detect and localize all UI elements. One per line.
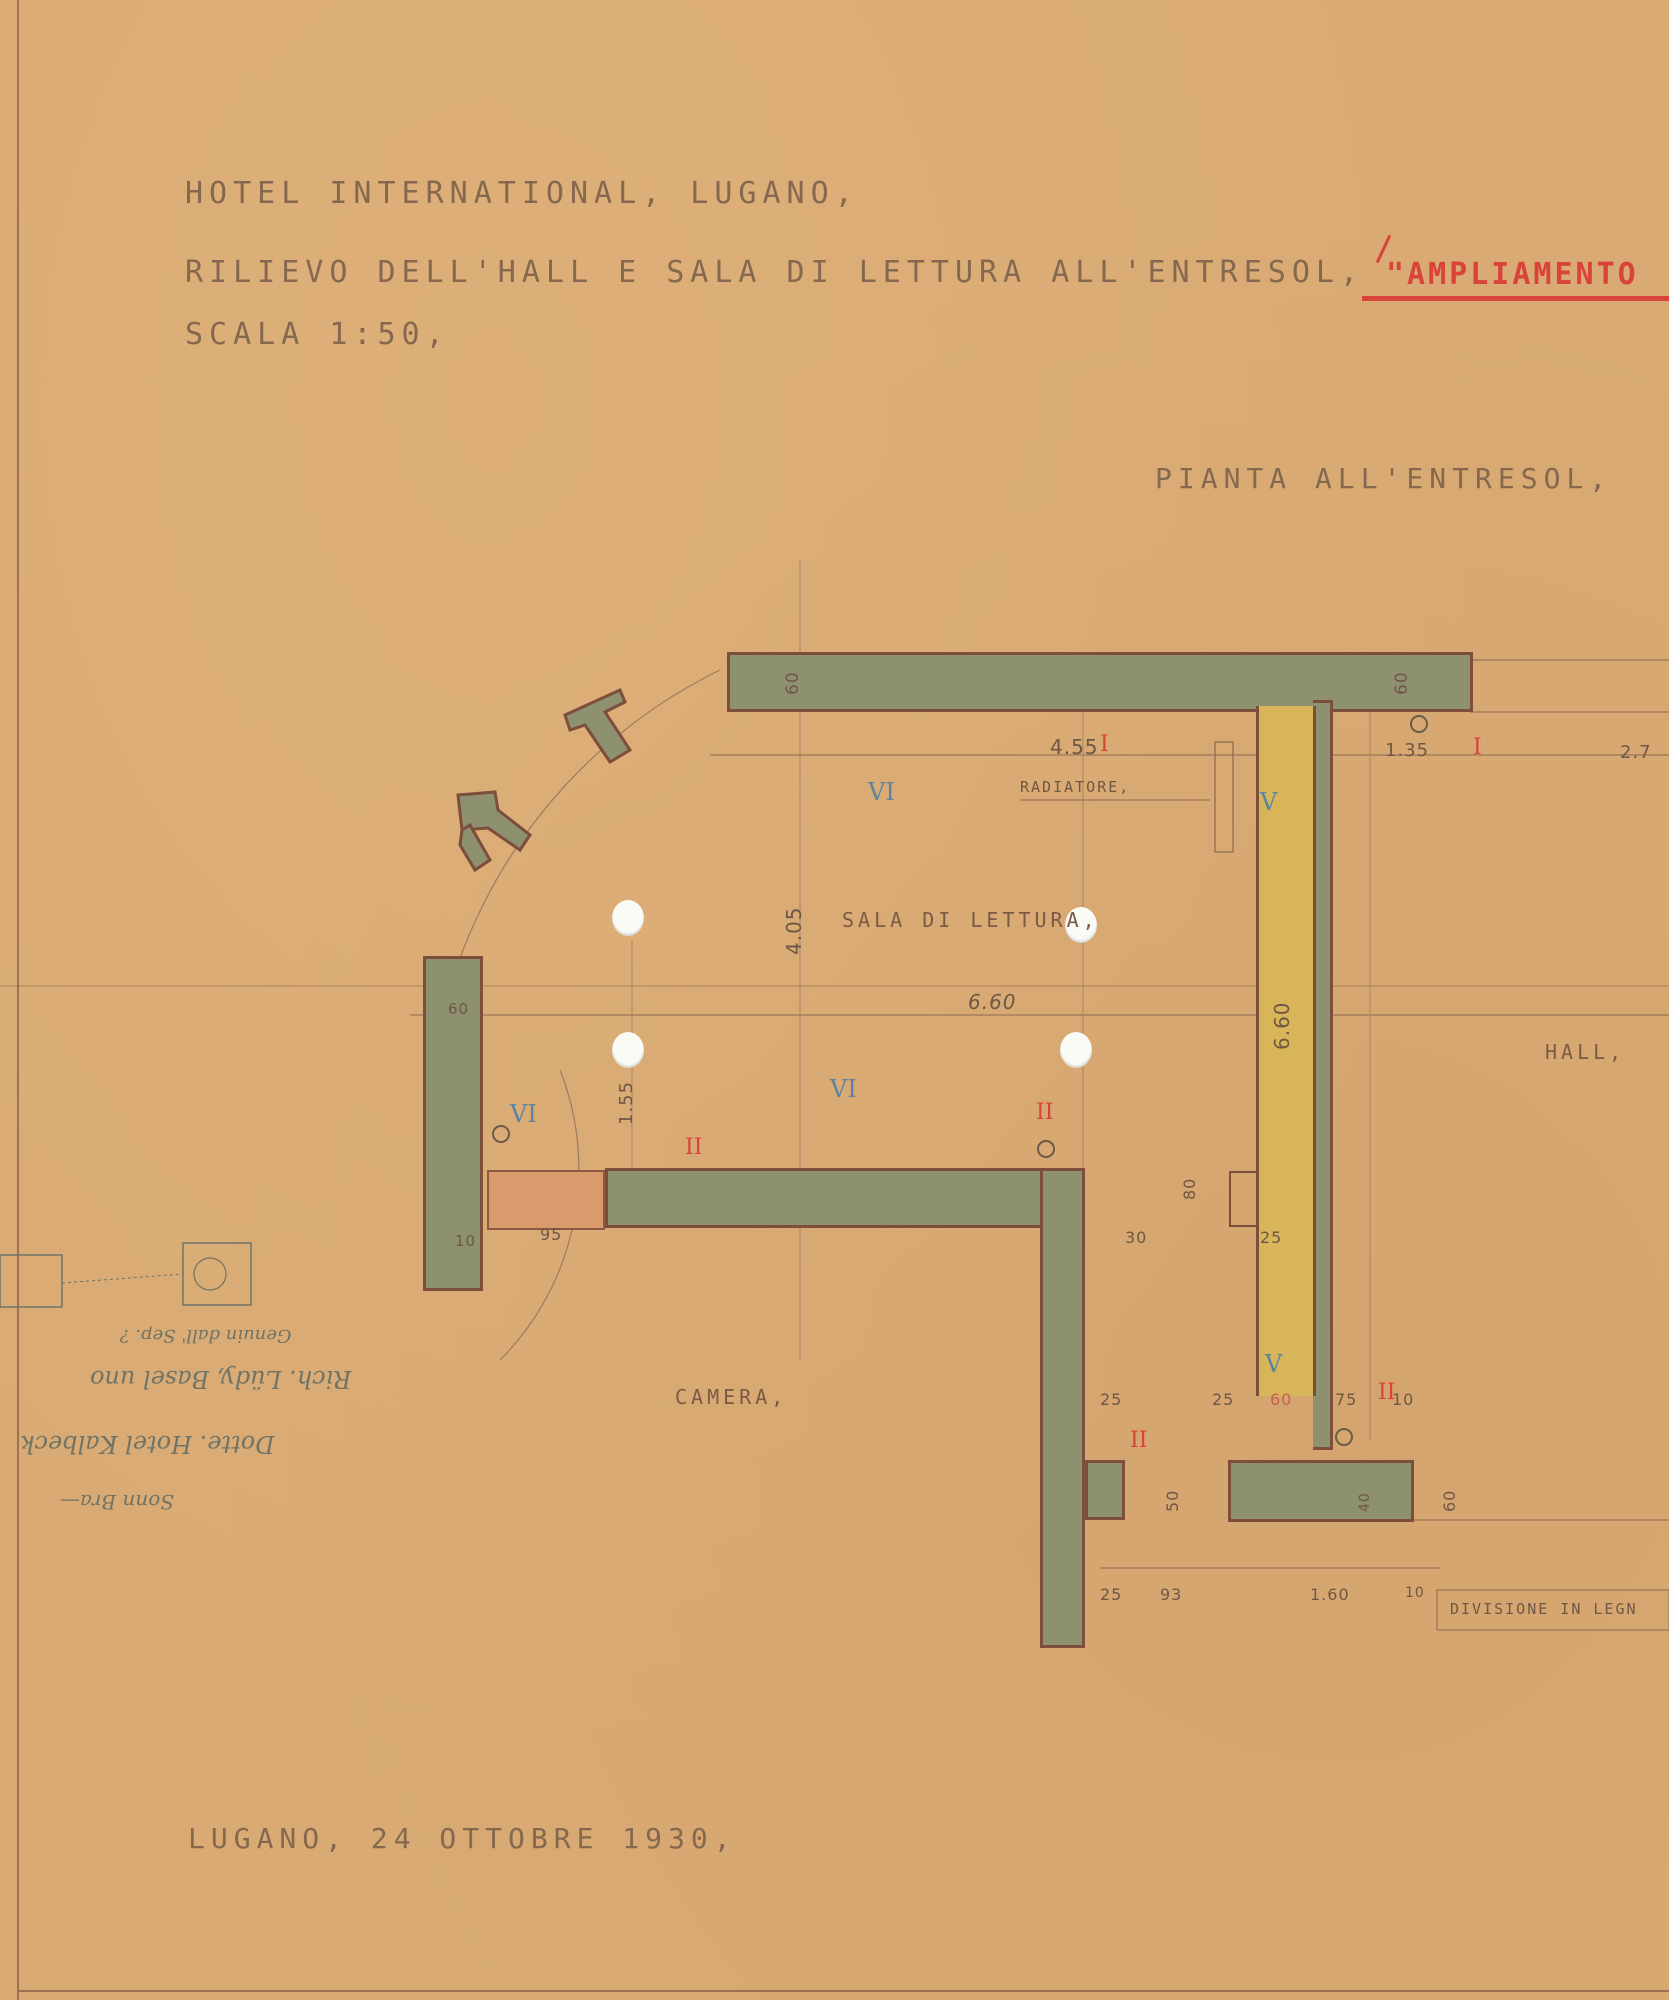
dim-bottom-10: 10 <box>1405 1585 1425 1601</box>
bottom-left-pier <box>1085 1460 1125 1520</box>
outlet-symbol <box>1410 715 1428 733</box>
dim-left-bottom: 10 <box>455 1232 476 1250</box>
dim-bottom-40: 40 <box>1357 1492 1373 1512</box>
dim-bottom-60: 60 <box>1440 1490 1459 1512</box>
dim-top-right-span: 1.35 <box>1385 740 1429 761</box>
label-reading-room: SALA DI LETTURA, <box>842 908 1099 932</box>
plan-linework <box>0 0 1669 2000</box>
punch-hole <box>612 1032 644 1068</box>
dim-corridor-wall: 25 <box>1260 1228 1282 1247</box>
bottom-right-block <box>1228 1460 1414 1522</box>
dim-door-right: 30 <box>1125 1228 1147 1247</box>
label-camera: CAMERA, <box>675 1385 787 1409</box>
middle-wall <box>605 1168 1085 1228</box>
dim-lower-mid-25: 25 <box>1212 1390 1234 1409</box>
punch-hole <box>1060 1032 1092 1068</box>
label-hall: HALL, <box>1545 1040 1625 1064</box>
dim-lower-75: 75 <box>1335 1390 1357 1409</box>
dim-door-width: 95 <box>540 1225 562 1244</box>
handwritten-note-line2: Dotte. Hotel Kalbeck <box>20 1430 274 1458</box>
red-mark: II <box>1036 1100 1053 1125</box>
right-wall <box>1313 700 1333 1450</box>
outlet-symbol <box>1335 1428 1353 1446</box>
blue-mark: VI <box>868 778 895 806</box>
label-radiatore: RADIATORE, <box>1020 778 1130 796</box>
label-divisione: DIVISIONE IN LEGN <box>1450 1600 1638 1618</box>
handwritten-note-line4: Sonn Bra— <box>60 1490 174 1514</box>
dim-right-wall-height: 6.60 <box>1270 1001 1294 1050</box>
dim-lower-left-25: 25 <box>1100 1390 1122 1409</box>
dim-top-wall-left: 60 <box>783 671 803 695</box>
dim-lower-60: 60 <box>1270 1390 1292 1409</box>
red-mark: II <box>1130 1428 1147 1453</box>
dim-bottom-160: 1.60 <box>1310 1585 1350 1604</box>
handwritten-note-line1: Rich. Lüdy, Basel uno <box>90 1365 351 1393</box>
punch-hole <box>612 900 644 936</box>
drawing-date: LUGANO, 24 OTTOBRE 1930, <box>188 1822 737 1855</box>
dim-top-span: 4.55 <box>1050 735 1099 759</box>
dim-corridor-gap: 80 <box>1180 1178 1199 1200</box>
drawing-sheet: HOTEL INTERNATIONAL, LUGANO, RILIEVO DEL… <box>0 0 1669 2000</box>
dim-top-wall-right: 60 <box>1392 671 1412 695</box>
blue-mark: VI <box>830 1075 857 1103</box>
dim-far-right: 2.7 <box>1620 742 1652 763</box>
red-mark: I <box>1100 732 1109 757</box>
dim-left-wall: 60 <box>448 1000 469 1018</box>
top-wall <box>727 652 1473 712</box>
blue-mark: VI <box>510 1100 537 1128</box>
dim-bottom-93: 93 <box>1160 1585 1182 1604</box>
dim-room-height: 4.05 <box>782 906 806 955</box>
dim-bottom-25: 25 <box>1100 1585 1122 1604</box>
blue-mark: V <box>1265 1350 1282 1378</box>
door-infill <box>487 1170 605 1230</box>
red-mark: I <box>1473 735 1482 760</box>
outlet-symbol <box>492 1125 510 1143</box>
vertical-corridor-wall <box>1040 1168 1085 1648</box>
outlet-symbol <box>1037 1140 1055 1158</box>
handwritten-note-line3: Genuin dall' Sep. ? <box>120 1325 291 1346</box>
blue-mark: V <box>1260 788 1277 816</box>
dim-left-small: 1.55 <box>616 1081 637 1125</box>
dim-bottom-50: 50 <box>1163 1490 1182 1512</box>
dim-room-width: 6.60 <box>968 990 1017 1014</box>
red-mark: II <box>1378 1380 1395 1405</box>
red-mark: II <box>685 1135 702 1160</box>
